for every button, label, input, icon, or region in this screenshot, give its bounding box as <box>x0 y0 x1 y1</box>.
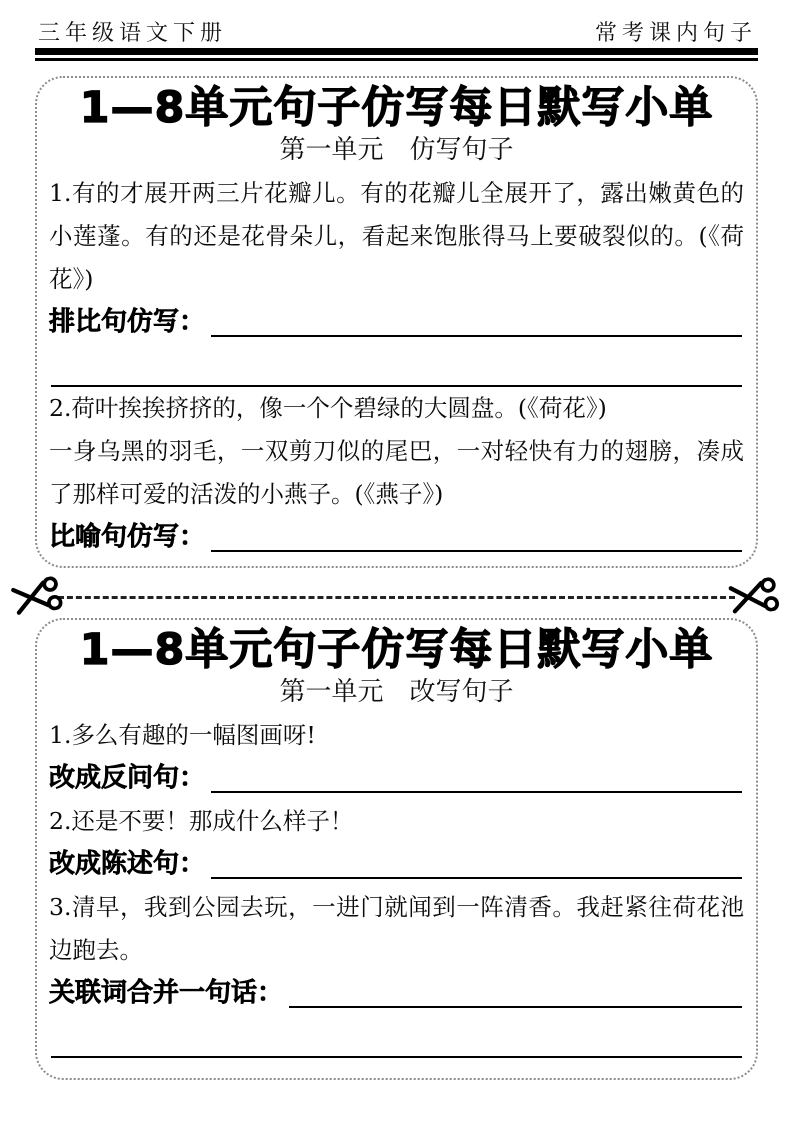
scissors-icon <box>9 574 68 620</box>
page-header: 三年级语文下册 常考课内句子 <box>38 16 757 47</box>
blank-answer-line <box>51 559 742 568</box>
question-text: 1.有的才展开两三片花瓣儿。有的花瓣儿全展开了，露出嫩黄色的小莲蓬。有的还是花骨… <box>49 172 744 301</box>
worksheet-title: 1—8单元句子仿写每日默写小单 <box>49 624 744 676</box>
worksheet-subtitle: 第一单元 改写句子 <box>49 676 744 708</box>
header-right-text: 常考课内句子 <box>595 16 757 47</box>
header-rule-thin <box>35 58 758 61</box>
answer-row: 改成反问句： <box>49 757 744 800</box>
worksheet-subtitle: 第一单元 仿写句子 <box>49 134 744 166</box>
answer-label: 关联词合并一句话： <box>49 972 283 1015</box>
worksheet-card-2: 1—8单元句子仿写每日默写小单 第一单元 改写句子 1.多么有趣的一幅图画呀! … <box>35 618 758 1080</box>
answer-row: 比喻句仿写： <box>49 516 744 559</box>
answer-line <box>289 972 742 1008</box>
question-text: 2.荷叶挨挨挤挤的，像一个个碧绿的大圆盘。(《荷花》) <box>49 387 744 430</box>
answer-line <box>211 843 742 879</box>
header-rule-thick <box>35 48 758 55</box>
blank-answer-line <box>51 344 742 387</box>
question-text: 3.清早，我到公园去玩，一进门就闻到一阵清香。我赶紧往荷花池边跑去。 <box>49 886 744 972</box>
cut-dashes <box>58 596 735 599</box>
worksheet-card-1: 1—8单元句子仿写每日默写小单 第一单元 仿写句子 1.有的才展开两三片花瓣儿。… <box>35 76 758 568</box>
answer-label: 改成陈述句： <box>49 843 205 886</box>
answer-label: 比喻句仿写： <box>49 516 205 559</box>
blank-answer-line <box>51 1015 742 1058</box>
question-text: 一身乌黑的羽毛，一双剪刀似的尾巴，一对轻快有力的翅膀，凑成了那样可爱的活泼的小燕… <box>49 430 744 516</box>
answer-line <box>211 301 742 337</box>
header-left-text: 三年级语文下册 <box>38 16 227 47</box>
answer-row: 改成陈述句： <box>49 843 744 886</box>
answer-row: 关联词合并一句话： <box>49 972 744 1015</box>
cut-line <box>12 578 781 616</box>
scissors-icon <box>726 576 783 619</box>
worksheet-title: 1—8单元句子仿写每日默写小单 <box>49 82 744 134</box>
answer-line <box>211 516 742 552</box>
question-text: 1.多么有趣的一幅图画呀! <box>49 714 744 757</box>
answer-row: 排比句仿写： <box>49 301 744 344</box>
answer-label: 排比句仿写： <box>49 301 205 344</box>
header-rule <box>35 48 758 61</box>
answer-line <box>211 757 742 793</box>
question-text: 2.还是不要！那成什么样子！ <box>49 800 744 843</box>
answer-label: 改成反问句： <box>49 757 205 800</box>
